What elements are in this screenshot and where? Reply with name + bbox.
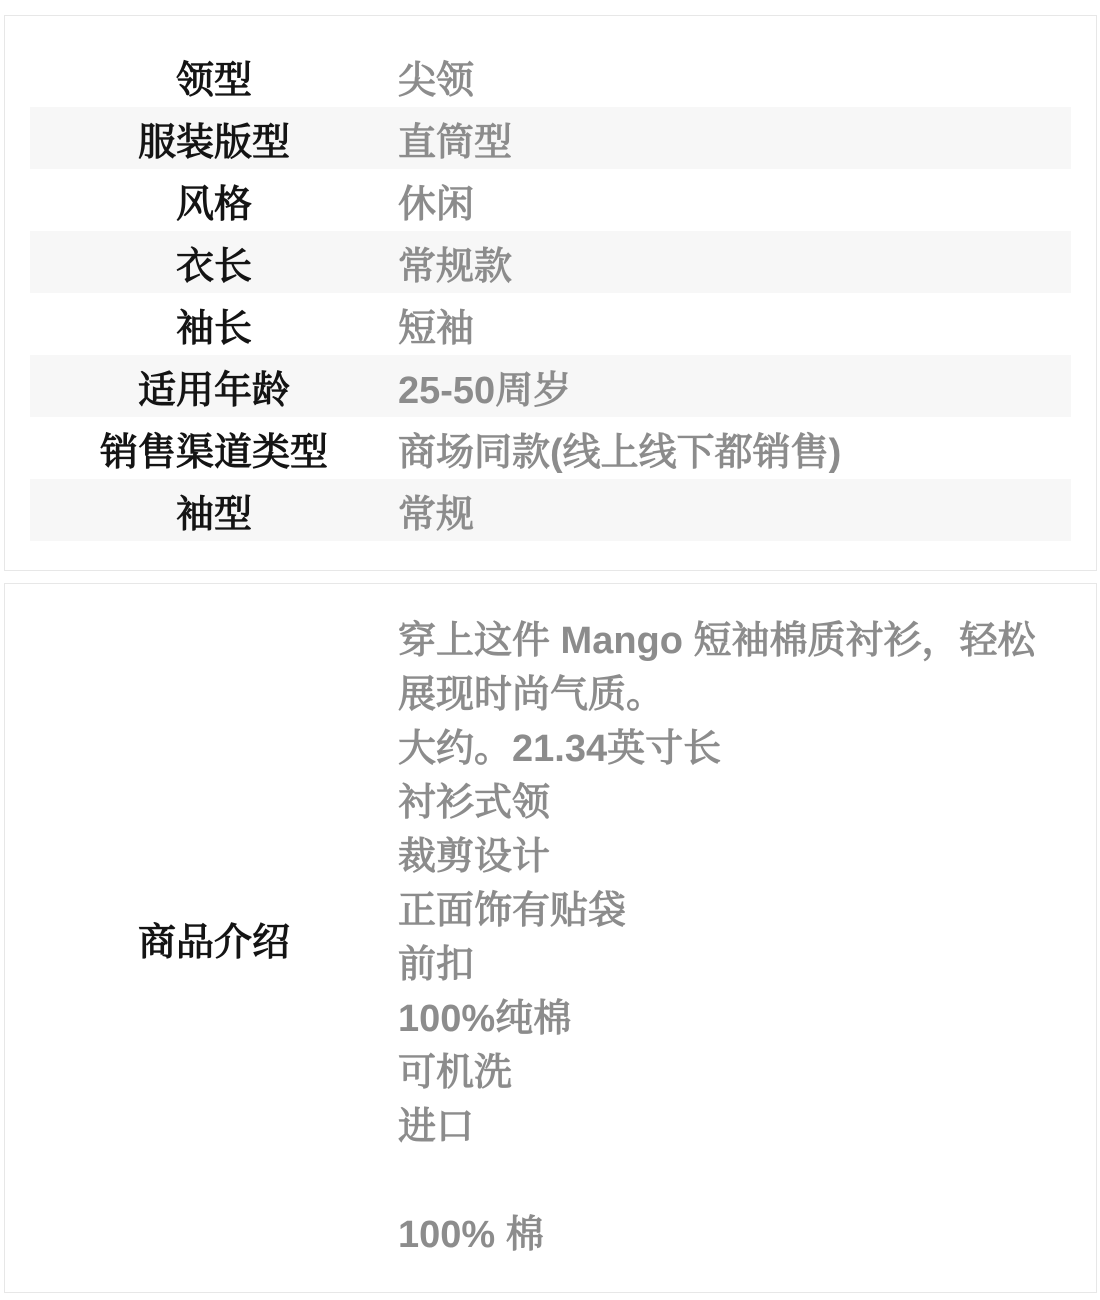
spec-value: 尖领	[398, 49, 1071, 104]
product-description-card: 商品介绍 穿上这件 Mango 短袖棉质衬衫，轻松 展现时尚气质。 大约。21.…	[4, 583, 1097, 1293]
spec-label: 袖长	[30, 297, 398, 352]
spec-table-card: 领型 尖领 服装版型 直筒型 风格 休闲 衣长 常规款 袖长 短袖 适用年龄 2…	[4, 15, 1097, 571]
description-line: 展现时尚气质。	[398, 668, 1071, 722]
description-line: 前扣	[398, 938, 1071, 992]
spec-row-garment-length: 衣长 常规款	[30, 231, 1071, 293]
product-detail-page: 领型 尖领 服装版型 直筒型 风格 休闲 衣长 常规款 袖长 短袖 适用年龄 2…	[0, 0, 1100, 1300]
spec-value: 商场同款(线上线下都销售)	[398, 421, 1071, 476]
spec-label: 风格	[30, 173, 398, 228]
spec-row-age-range: 适用年龄 25-50周岁	[30, 355, 1071, 417]
spec-label: 袖型	[30, 483, 398, 538]
description-line: 进口	[398, 1100, 1071, 1154]
description-line: 裁剪设计	[398, 830, 1071, 884]
description-label: 商品介绍	[30, 911, 398, 966]
spec-label: 衣长	[30, 235, 398, 290]
spec-value: 直筒型	[398, 111, 1071, 166]
description-text: 穿上这件 Mango 短袖棉质衬衫，轻松 展现时尚气质。 大约。21.34英寸长…	[398, 614, 1071, 1262]
description-line: 穿上这件 Mango 短袖棉质衬衫，轻松	[398, 614, 1071, 668]
description-line: 100%纯棉	[398, 992, 1071, 1046]
spec-label: 领型	[30, 49, 398, 104]
spec-value: 常规	[398, 483, 1071, 538]
spec-row-collar-type: 领型 尖领	[30, 45, 1071, 107]
description-row: 商品介绍 穿上这件 Mango 短袖棉质衬衫，轻松 展现时尚气质。 大约。21.…	[30, 614, 1071, 1262]
spec-label: 销售渠道类型	[30, 421, 398, 476]
spec-row-sleeve-length: 袖长 短袖	[30, 293, 1071, 355]
spec-row-sleeve-type: 袖型 常规	[30, 479, 1071, 541]
description-line: 正面饰有贴袋	[398, 884, 1071, 938]
spec-row-sales-channel: 销售渠道类型 商场同款(线上线下都销售)	[30, 417, 1071, 479]
spec-value: 常规款	[398, 235, 1071, 290]
spec-row-style: 风格 休闲	[30, 169, 1071, 231]
spec-label: 适用年龄	[30, 359, 398, 414]
description-line: 100% 棉	[398, 1208, 1071, 1262]
spec-label: 服装版型	[30, 111, 398, 166]
spec-value: 25-50周岁	[398, 359, 1071, 414]
spec-row-fit-type: 服装版型 直筒型	[30, 107, 1071, 169]
description-line: 大约。21.34英寸长	[398, 722, 1071, 776]
description-line: 可机洗	[398, 1046, 1071, 1100]
description-line: 衬衫式领	[398, 776, 1071, 830]
description-line-blank	[398, 1154, 1071, 1208]
spec-value: 短袖	[398, 297, 1071, 352]
spec-value: 休闲	[398, 173, 1071, 228]
